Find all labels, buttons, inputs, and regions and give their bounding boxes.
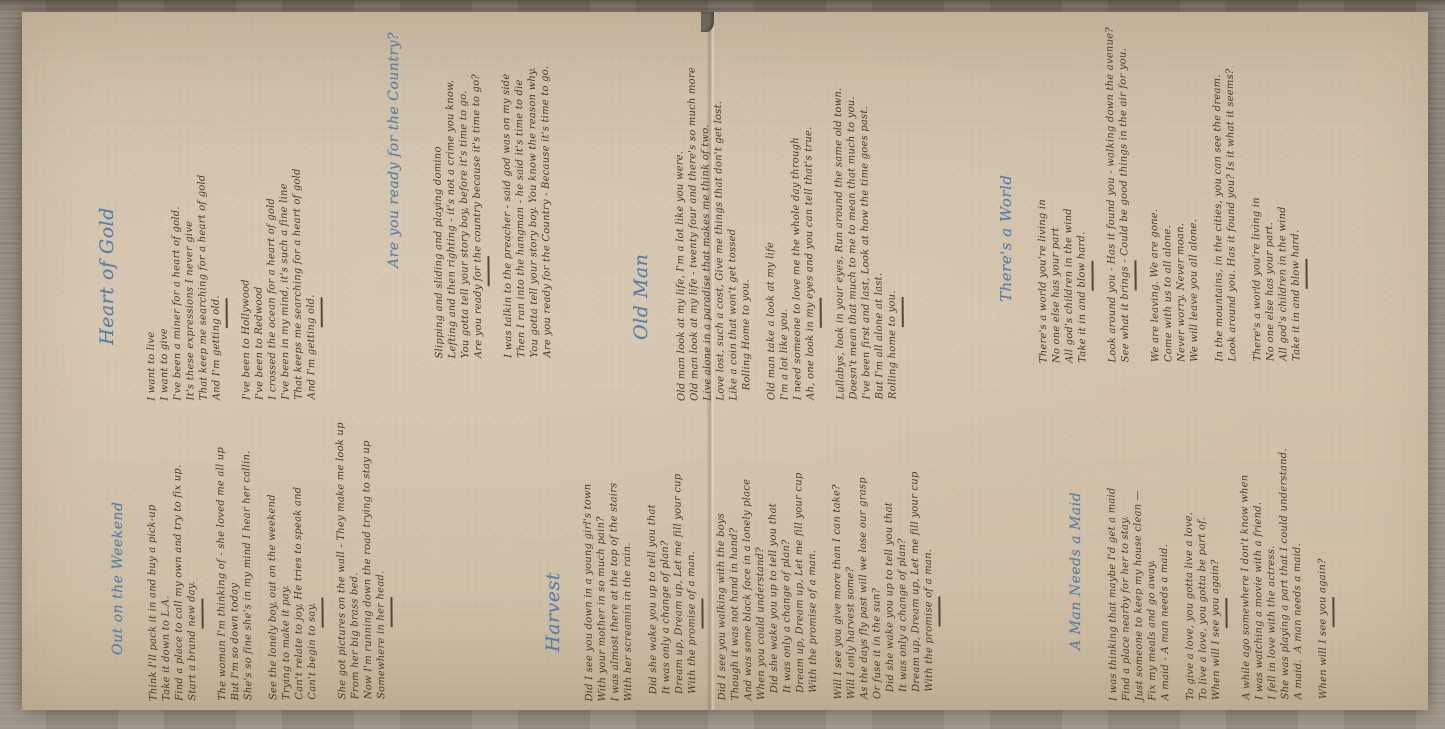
lyric-stanza: In the mountains, in the cities, you can… <box>1211 55 1240 361</box>
lyric-stanza: I was talkin to the preacher - said god … <box>500 58 555 358</box>
underline-mark <box>226 298 228 328</box>
song-title: Are you ready for the Country? <box>386 32 402 268</box>
lyric-line: She got pictures on the wall - They make… <box>334 399 350 699</box>
underline-mark <box>1332 597 1334 627</box>
lyric-line: Somewhere in her head. <box>373 399 389 699</box>
lyric-line: She's so fine she's in my mind I hear he… <box>240 400 256 700</box>
underline-mark <box>1305 259 1307 289</box>
underline-mark <box>820 298 822 328</box>
lyric-line: With the promise of a man. <box>805 414 820 700</box>
underline-mark <box>321 598 323 628</box>
song-title: Harvest <box>542 572 564 652</box>
lyric-stanza: Slipping and sliding and playing dominoL… <box>431 58 491 358</box>
lyric-line: Take it in and blow hard. <box>1288 55 1304 361</box>
lyric-stanza: Will I see you give more than I can take… <box>830 412 941 699</box>
lyric-line: Rolling home to you. <box>883 55 899 399</box>
lyric-stanza: Old man take a look at my lifeI'm a lot … <box>763 56 823 400</box>
lyric-line: Are you ready for the country because it… <box>470 58 486 358</box>
lyric-line: A maid - A man needs a maid. <box>1157 414 1172 700</box>
lyric-stanza: We are leaving. We are gone.Come with us… <box>1147 56 1202 362</box>
song-title: Heart of Gold <box>96 207 118 345</box>
lyric-line: Take it in and blow hard. <box>1074 57 1090 363</box>
underline-mark <box>701 599 703 629</box>
lyric-stanza: A while ago somewhere I don't know whenI… <box>1238 413 1305 700</box>
song-lyrics: There's a world you're living inNo one e… <box>1035 55 1321 363</box>
underline-mark <box>201 599 203 629</box>
lyric-line: See what it brings - Could be good thing… <box>1117 56 1133 362</box>
underline-mark <box>1091 261 1093 291</box>
song-lyrics: I was thinking that maybe I'd get a maid… <box>1105 413 1347 701</box>
lyric-line: Rolling Home to you. <box>738 56 754 400</box>
lyric-stanza: I was thinking that maybe I'd get a maid… <box>1105 414 1172 701</box>
lyric-stanza: Lullabys, look in your eyes, Run around … <box>831 55 904 400</box>
lyric-line: And I'm getting old. <box>303 63 319 399</box>
lyric-line: Start a brand new day. <box>184 401 200 701</box>
underline-mark <box>902 297 904 327</box>
lyric-line: And I'm getting old. <box>208 64 224 400</box>
lyric-stanza: I've been to HollywoodI've been to Redwo… <box>238 63 324 400</box>
underline-mark <box>321 297 323 327</box>
song-title: Out on the Weekend <box>110 502 126 655</box>
lyric-stanza: Look around you - Has it found you - wal… <box>1104 56 1138 362</box>
underline-mark <box>938 596 940 626</box>
song-title: Old Man <box>630 254 652 340</box>
song-lyrics: Think I'll pack it in and buy a pick-upT… <box>145 399 406 701</box>
lyric-line: With her screamin in the rain. <box>620 415 635 701</box>
lyric-stanza: When will I see you again? <box>1315 413 1335 699</box>
song-lyrics: Did I see you down in a young girl's tow… <box>581 412 953 701</box>
lyric-line: Ah, one look in my eyes and you can tell… <box>801 56 817 400</box>
lyric-stanza: There's a world you're living inNo one e… <box>1035 57 1095 363</box>
lyric-line: With the promise of a man. <box>684 415 699 701</box>
lyric-line: She was playing a part that I could unde… <box>1277 413 1292 699</box>
lyric-stanza: I want to liveI want to giveI've been a … <box>143 64 229 401</box>
song-title: A Man Needs a Maid <box>1068 492 1084 650</box>
lyric-line: Can't begin to say. <box>304 400 320 700</box>
song-lyrics: Slipping and sliding and playing dominoL… <box>431 57 567 358</box>
lyric-line: When will I see you again? <box>1208 414 1223 700</box>
lyric-stanza: She got pictures on the wall - They make… <box>334 399 394 699</box>
lyric-stanza: See the lonely boy, out on the weekendTr… <box>265 400 325 700</box>
lyric-line: A maid. A man needs a maid. <box>1290 413 1305 699</box>
lyric-line: We will leave you all alone. <box>1186 56 1202 362</box>
lyric-stanza: Did I see you down in a young girl's tow… <box>581 415 635 701</box>
song-lyrics: I want to liveI want to giveI've been a … <box>143 63 336 401</box>
wood-desk-surface: Heart of Gold I want to liveI want to gi… <box>0 0 1445 729</box>
lyric-stanza: Did she wake you up to tell you that It … <box>645 415 704 701</box>
lyric-stanza: There's a world you're living inNo one e… <box>1249 55 1309 361</box>
underline-mark <box>487 256 489 286</box>
underline-mark <box>1134 260 1136 290</box>
song-lyrics: Old man look at my life, I'm a lot like … <box>673 55 917 401</box>
lyric-line: When will I see you again? <box>1315 413 1330 699</box>
lyric-sheet-paper: Heart of Gold I want to liveI want to gi… <box>22 12 1428 710</box>
lyric-stanza: Did I see you walking with the boysThoug… <box>714 414 820 701</box>
lyric-stanza: To give a love, you gotta live a love.To… <box>1182 414 1228 700</box>
underline-mark <box>390 597 392 627</box>
lyric-stanza: The woman I'm thinking of - she loved me… <box>214 400 256 700</box>
song-title: There's a World <box>997 175 1015 302</box>
lyric-stanza: Old man look at my life, I'm a lot like … <box>673 56 754 401</box>
lyric-line: Now I'm running down the road trying to … <box>360 399 376 699</box>
underline-mark <box>1225 598 1227 628</box>
lyric-line: With the promise of a man. <box>921 413 936 699</box>
lyric-line: Look around you. Has it found you? Is it… <box>1224 55 1240 361</box>
lyric-stanza: Think I'll pack it in and buy a pick-upT… <box>145 401 205 701</box>
lyric-line: Are you ready for the Country - Because … <box>539 58 555 358</box>
